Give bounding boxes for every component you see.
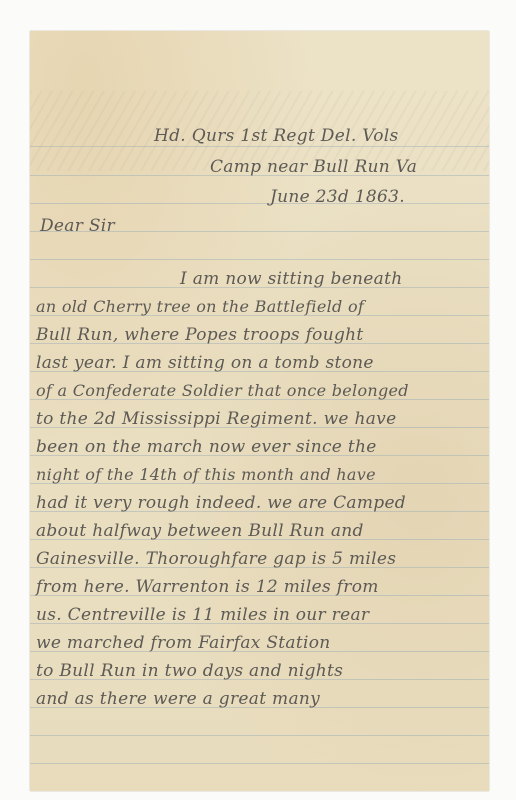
heading-line-2: Camp near Bull Run Va <box>210 157 417 177</box>
ruled-line <box>30 735 489 736</box>
heading-date: June 23d 1863. <box>270 187 405 207</box>
body-line: we marched from Fairfax Station <box>36 633 331 653</box>
ruled-line <box>30 763 489 764</box>
body-line: been on the march now ever since the <box>36 437 377 457</box>
body-line: had it very rough indeed. we are Camped <box>36 493 406 513</box>
body-line: to Bull Run in two days and nights <box>36 661 343 681</box>
body-line: I am now sitting beneath <box>180 269 402 289</box>
body-line: to the 2d Mississippi Regiment. we have <box>36 409 396 429</box>
letter-page: Hd. Qurs 1st Regt Del. Vols Camp near Bu… <box>30 31 489 791</box>
body-line: Gainesville. Thoroughfare gap is 5 miles <box>36 549 396 569</box>
body-line: an old Cherry tree on the Battlefield of <box>36 297 364 316</box>
body-line: last year. I am sitting on a tomb stone <box>36 353 374 373</box>
ruled-line <box>30 203 489 204</box>
body-line: Bull Run, where Popes troops fought <box>36 325 364 345</box>
body-line: us. Centreville is 11 miles in our rear <box>36 605 369 625</box>
body-line: night of the 14th of this month and have <box>36 465 376 484</box>
body-line: from here. Warrenton is 12 miles from <box>36 577 379 597</box>
ruled-line <box>30 146 489 147</box>
body-line: about halfway between Bull Run and <box>36 521 364 541</box>
heading-line-1: Hd. Qurs 1st Regt Del. Vols <box>154 126 399 146</box>
ruled-line <box>30 259 489 260</box>
salutation: Dear Sir <box>40 216 115 236</box>
body-line: of a Confederate Soldier that once belon… <box>36 381 409 400</box>
body-line: and as there were a great many <box>36 689 320 709</box>
